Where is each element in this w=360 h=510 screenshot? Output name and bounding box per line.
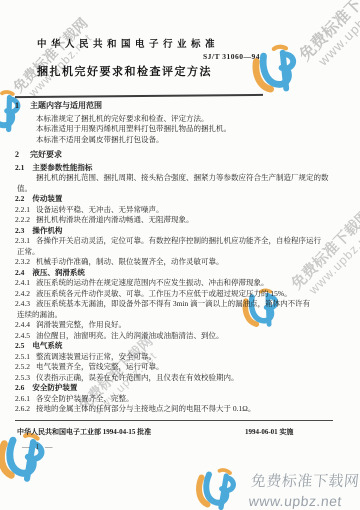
spec-line-number: 2.1 [15, 163, 24, 174]
spec-line: 2.4.5油位醒目，油窗明亮。注入的润滑油或油脂清洁、到位。 [15, 331, 347, 342]
spec-line: 2.1主要参数性能指标 [15, 163, 347, 174]
spec-line-text: 液压系统的运动件在规定速度范围内不应发生振动、冲击和停滞现象。 [36, 278, 269, 287]
spec-line-text: 本标准规定了捆扎机的完好要求和检查、评定方法。 [36, 114, 209, 123]
spec-line: 1主题内容与适用范围 [15, 101, 347, 112]
spec-line-text: 液压系统各元件动作灵敏、可靠。工作压力不应低于或超过规定压力的 15%。 [36, 289, 292, 298]
spec-line: 2.6.1各安全防护装置齐全、完整。 [15, 394, 347, 405]
spec-line-number: 2.2.1 [15, 205, 30, 216]
spec-line: 2.4液压、润滑系统 [15, 268, 347, 279]
spec-line: 捆扎机的捆扎范围、捆扎周期、接头粘合强度、捆紧力等参数应符合生产制造厂规定的数 [15, 173, 347, 184]
watermark-site-name: 免费标准下载网 [250, 470, 360, 491]
spec-line-number: 2.4.4 [15, 320, 30, 331]
spec-line-text: 本标准适用于用聚丙烯机用塑料打包带捆扎物品的捆扎机。 [36, 124, 231, 133]
spec-line-number: 2.4 [15, 268, 24, 279]
spec-line: 2.5电气系统 [15, 341, 347, 352]
spec-line-number: 1 [15, 101, 19, 112]
spec-line-number: 2.6.1 [15, 394, 30, 405]
spec-line-text: 捆扎机构滑块在滑道内滑动畅通、无阻滞现象。 [36, 215, 194, 224]
spec-line: 2.4.4润滑装置完整，作用良好。 [15, 320, 347, 331]
spec-line: 正常。 [15, 247, 347, 258]
spec-line-text: 捆扎机的捆扎范围、捆扎周期、接头粘合强度、捆紧力等参数应符合生产制造厂规定的数 [36, 173, 329, 182]
spec-line: 2.4.3液压系统基本无漏油，即设备外部不得有 3min 滴一滴以上的漏油点，箱… [15, 299, 347, 310]
spec-line-text: 液压、润滑系统 [32, 268, 85, 277]
spec-line: 2.3操作机构 [15, 226, 347, 237]
spec-line-text: 各操作开关启动灵活，定位可靠。有数控程序控制的捆扎机应功能齐全，自检程序运行 [36, 236, 321, 245]
spec-line-text: 润滑装置完整，作用良好。 [36, 320, 126, 329]
spec-line: 2.5.3仪表指示正确，误差在允许范围内，且仪表在有效校验期内。 [15, 373, 347, 384]
spec-line-text: 整流调速装置运行正常，安全可靠。 [36, 352, 156, 361]
spec-line-number: 2.4.1 [15, 278, 30, 289]
document-page: 免费标准下载网 www.upbz.net 免费标准下载网 www.upbz.ne… [0, 0, 360, 510]
spec-line-number: 2.5 [15, 341, 24, 352]
spec-line: 连续的漏油。 [15, 310, 347, 321]
spec-line-text: 机械手动作准确，制动、限位装置齐全，动作灵敏可靠。 [36, 257, 224, 266]
spec-line-text: 操作机构 [32, 226, 62, 235]
standard-authority: 中华人民共和国电子行业标准 [37, 36, 219, 50]
spec-line: 2.6安全防护装置 [15, 383, 347, 394]
spec-line-text: 值。 [17, 184, 32, 193]
spec-line-text: 主题内容与适用范围 [30, 101, 102, 110]
spec-line-number: 2.3 [15, 226, 24, 237]
standard-number: SJ/T 31060—94 [203, 52, 260, 61]
spec-line: 2.6.2接地的金属主体的任何部分与主接地点之间的电阻不得大于 0.1Ω。 [15, 404, 347, 415]
spec-line-number: 2.5.1 [15, 352, 30, 363]
spec-line-number: 2.2 [15, 194, 24, 205]
spec-line: 2.4.2液压系统各元件动作灵敏、可靠。工作压力不应低于或超过规定压力的 15%… [15, 289, 347, 300]
spec-line: 2.5.2电气装置齐全，管线完整，运行可靠。 [15, 362, 347, 373]
header-rule [15, 94, 263, 98]
spec-line-text: 连续的漏油。 [17, 310, 62, 319]
document-body: 1主题内容与适用范围 本标准规定了捆扎机的完好要求和检查、评定方法。 本标准适用… [15, 100, 347, 415]
spec-line-text: 油位醒目，油窗明亮。注入的润滑油或油脂清洁、到位。 [36, 331, 224, 340]
watermark-site-url: www.upbz.net [248, 493, 358, 509]
spec-line: 2完好要求 [15, 150, 347, 161]
spec-line: 本标准规定了捆扎机的完好要求和检查、评定方法。 [15, 114, 347, 125]
spec-line-text: 电气装置齐全，管线完整，运行可靠。 [36, 362, 164, 371]
spec-line: 值。 [15, 184, 347, 195]
spec-line-text: 正常。 [17, 247, 40, 256]
spec-line-number: 2 [15, 150, 19, 161]
watermark-site-name: 免费标准下载网 [297, 0, 360, 64]
watermark-text-top-right: 免费标准下载网 www.upbz.net [280, 0, 360, 92]
spec-line: 本标准适用于用聚丙烯机用塑料打包带捆扎物品的捆扎机。 [15, 124, 347, 135]
watermark-site-url: www.upbz.net [293, 0, 360, 92]
spec-line-number: 2.3.2 [15, 257, 30, 268]
watermark-footer-text: 免费标准下载网 www.upbz.net [248, 470, 360, 509]
spec-line-text: 接地的金属主体的任何部分与主接地点之间的电阻不得大于 0.1Ω。 [36, 404, 255, 413]
spec-line-number: 2.4.2 [15, 289, 30, 300]
page-title: 捆扎机完好要求和检查评定方法 [37, 63, 212, 79]
spec-line-text: 传动装置 [32, 194, 62, 203]
spec-line-number: 2.6.2 [15, 404, 30, 415]
spec-line-text: 仪表指示正确，误差在允许范围内，且仪表在有效校验期内。 [36, 373, 239, 382]
spec-line-text: 完好要求 [30, 150, 62, 159]
spec-line-text: 各安全防护装置齐全、完整。 [36, 394, 134, 403]
spec-line-text: 液压系统基本无漏油，即设备外部不得有 3min 滴一滴以上的漏油点，箱体内不许有 [36, 299, 310, 308]
spec-line: 本标准不适用金属皮带捆扎打包设备。 [15, 135, 347, 146]
spec-line: 2.3.1各操作开关启动灵活，定位可靠。有数控程序控制的捆扎机应功能齐全，自检程… [15, 236, 347, 247]
spec-line-text: 主要参数性能指标 [32, 163, 92, 172]
spec-line: 2.2.1设备运转平稳、无冲击、无异常噪声。 [15, 205, 347, 216]
spec-line-number: 2.4.5 [15, 331, 30, 342]
spec-line: 2.2.2捆扎机构滑块在滑道内滑动畅通、无阻滞现象。 [15, 215, 347, 226]
spec-line-number: 2.4.3 [15, 299, 30, 310]
spec-line-text: 本标准不适用金属皮带捆扎打包设备。 [36, 135, 164, 144]
footer-approved-by: 中华人民共和国电子工业部 1994-04-15 批准 [17, 427, 151, 437]
spec-line: 2.5.1整流调速装置运行正常，安全可靠。 [15, 352, 347, 363]
spec-line: 2.4.1液压系统的运动件在规定速度范围内不应发生振动、冲击和停滞现象。 [15, 278, 347, 289]
spec-line-number: 2.5.3 [15, 373, 30, 384]
spec-line-text: 设备运转平稳、无冲击、无异常噪声。 [36, 205, 164, 214]
footer-rule [15, 420, 333, 421]
spec-line-text: 安全防护装置 [32, 383, 77, 392]
spec-line-number: 2.3.1 [15, 236, 30, 247]
watermark-site-name: 免费标准下载网 [10, 15, 91, 96]
upbz-logo-icon [186, 464, 244, 510]
spec-line-number: 2.6 [15, 383, 24, 394]
spec-line: 2.3.2机械手动作准确，制动、限位装置齐全，动作灵敏可靠。 [15, 257, 347, 268]
spec-line-text: 电气系统 [32, 341, 62, 350]
spec-line: 2.2传动装置 [15, 194, 347, 205]
spec-line-number: 2.5.2 [15, 362, 30, 373]
page-number: — 1 — [22, 442, 55, 451]
footer-implementation-date: 1994-06-01 实施 [245, 427, 293, 437]
spec-line-number: 2.2.2 [15, 215, 30, 226]
